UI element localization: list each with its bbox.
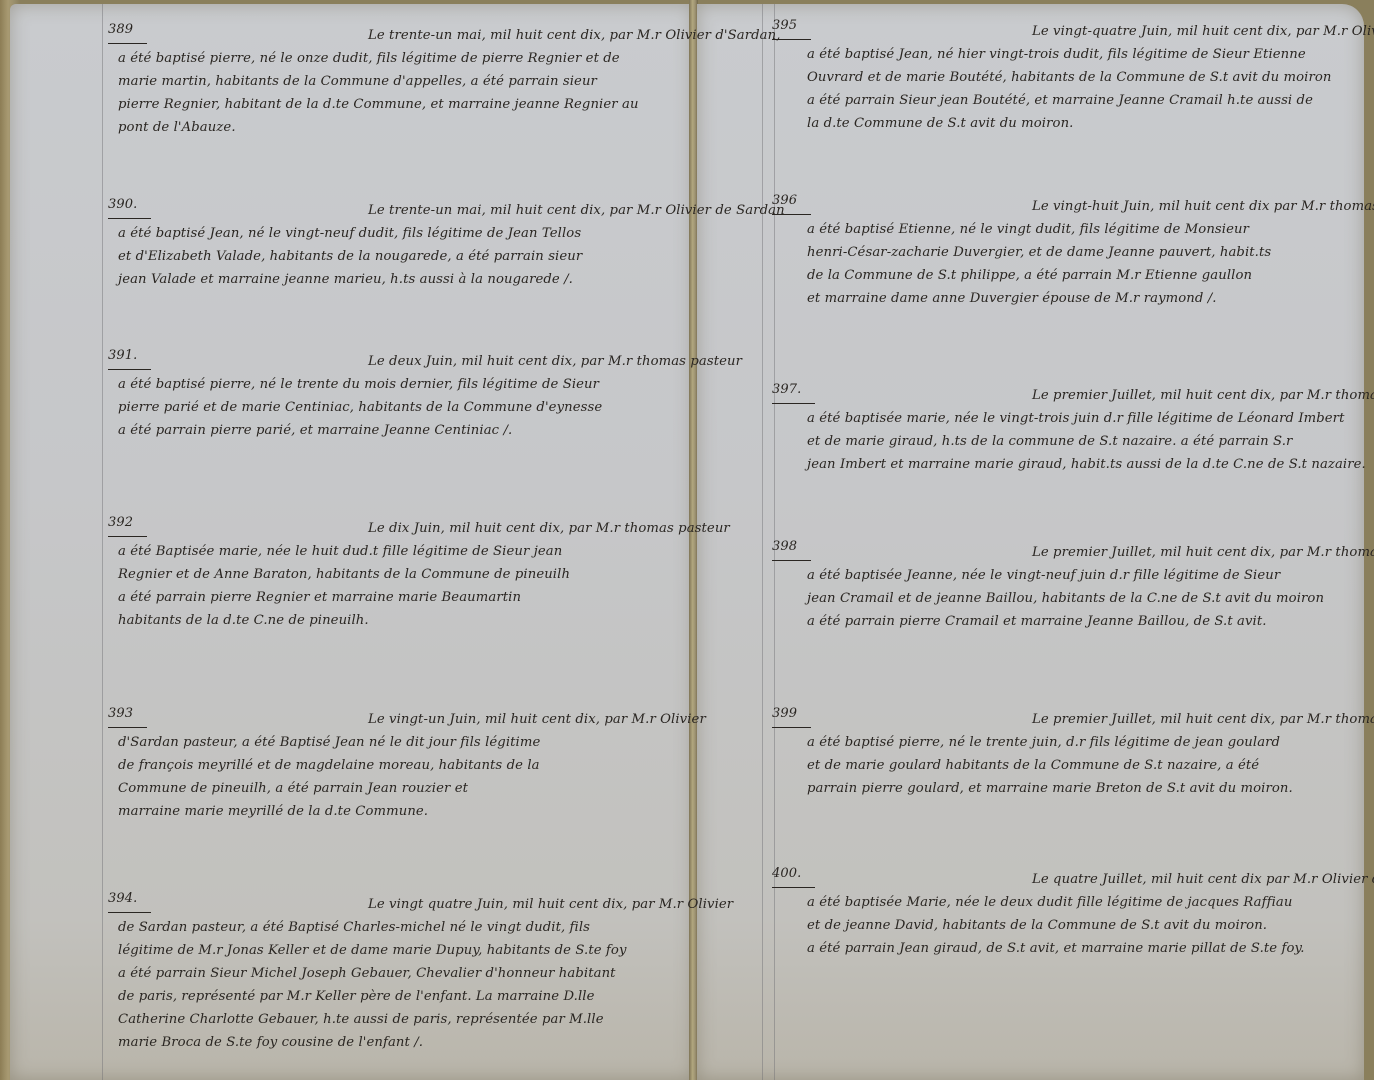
baptism-entry: 399 Le premier Juillet, mil huit cent di… <box>862 708 1342 800</box>
entry-line: a été parrain Sieur Michel Joseph Gebaue… <box>118 962 678 985</box>
entry-line: de la Commune de S.t philippe, a été par… <box>807 264 1342 287</box>
entry-line: a été baptisé pierre, né le trente juin,… <box>807 731 1342 754</box>
entry-line: habitants de la d.te C.ne de pineuilh. <box>118 609 678 632</box>
entry-line: a été baptisé Etienne, né le vingt dudit… <box>807 218 1342 241</box>
entry-number: 397. <box>772 378 815 404</box>
entry-line: Le vingt-huit Juin, mil huit cent dix pa… <box>862 195 1342 218</box>
entry-line: Catherine Charlotte Gebauer, h.te aussi … <box>118 1008 678 1031</box>
entry-line: a été baptisée Marie, née le deux dudit … <box>807 891 1342 914</box>
entry-line: a été baptisée Jeanne, née le vingt-neuf… <box>807 564 1342 587</box>
entry-line: parrain pierre goulard, et marraine mari… <box>807 777 1342 800</box>
entry-number: 400. <box>772 862 815 888</box>
entry-line: Commune de pineuilh, a été parrain Jean … <box>118 777 678 800</box>
baptism-entry: 397. Le premier Juillet, mil huit cent d… <box>862 384 1342 476</box>
entry-number: 392 <box>108 511 147 537</box>
entry-line: marie Broca de S.te foy cousine de l'enf… <box>118 1031 678 1054</box>
entry-line: Le vingt quatre Juin, mil huit cent dix,… <box>198 893 678 916</box>
entry-line: a été baptisé pierre, né le trente du mo… <box>118 373 678 396</box>
baptism-entry: 391. Le deux Juin, mil huit cent dix, pa… <box>198 350 678 442</box>
entry-line: Le quatre Juillet, mil huit cent dix par… <box>862 868 1342 891</box>
baptism-entry: 394. Le vingt quatre Juin, mil huit cent… <box>198 893 678 1054</box>
register-spread: 389 Le trente-un mai, mil huit cent dix,… <box>0 0 1374 1080</box>
entry-number: 395 <box>772 14 811 40</box>
entry-number: 398 <box>772 535 811 561</box>
entry-line: jean Cramail et de jeanne Baillou, habit… <box>807 587 1342 610</box>
entry-line: et de marie goulard habitants de la Comm… <box>807 754 1342 777</box>
baptism-entry: 392 Le dix Juin, mil huit cent dix, par … <box>198 517 678 632</box>
baptism-entry: 395 Le vingt-quatre Juin, mil huit cent … <box>862 20 1342 135</box>
entry-line: la d.te Commune de S.t avit du moiron. <box>807 112 1342 135</box>
entry-line: légitime de M.r Jonas Keller et de dame … <box>118 939 678 962</box>
entry-line: Le premier Juillet, mil huit cent dix, p… <box>862 384 1342 407</box>
entry-number: 393 <box>108 702 147 728</box>
entry-line: pont de l'Abauze. <box>118 116 678 139</box>
entry-line: de françois meyrillé et de magdelaine mo… <box>118 754 678 777</box>
entry-line: de Sardan pasteur, a été Baptisé Charles… <box>118 916 678 939</box>
entry-line: marie martin, habitants de la Commune d'… <box>118 70 678 93</box>
entry-line: a été parrain pierre Regnier et marraine… <box>118 586 678 609</box>
entry-line: a été parrain Sieur jean Boutété, et mar… <box>807 89 1342 112</box>
entry-line: et de jeanne David, habitants de la Comm… <box>807 914 1342 937</box>
entry-line: marraine marie meyrillé de la d.te Commu… <box>118 800 678 823</box>
entry-line: jean Imbert et marraine marie giraud, ha… <box>807 453 1342 476</box>
baptism-entry: 393 Le vingt-un Juin, mil huit cent dix,… <box>198 708 678 823</box>
entry-line: a été parrain pierre parié, et marraine … <box>118 419 678 442</box>
entry-line: a été baptisé pierre, né le onze dudit, … <box>118 47 678 70</box>
entry-line: a été baptisée marie, née le vingt-trois… <box>807 407 1342 430</box>
entry-line: Ouvrard et de marie Boutété, habitants d… <box>807 66 1342 89</box>
entry-number: 399 <box>772 702 811 728</box>
entry-number: 394. <box>108 887 151 913</box>
entry-line: Le deux Juin, mil huit cent dix, par M.r… <box>198 350 678 373</box>
entry-line: Regnier et de Anne Baraton, habitants de… <box>118 563 678 586</box>
baptism-entry: 400. Le quatre Juillet, mil huit cent di… <box>862 868 1342 960</box>
entry-line: Le trente-un mai, mil huit cent dix, par… <box>198 199 678 222</box>
entry-line: a été parrain pierre Cramail et marraine… <box>807 610 1342 633</box>
entry-line: pierre parié et de marie Centiniac, habi… <box>118 396 678 419</box>
entry-line: Le premier Juillet, mil huit cent dix, p… <box>862 708 1342 731</box>
entry-line: a été baptisé Jean, né hier vingt-trois … <box>807 43 1342 66</box>
entry-number: 390. <box>108 193 151 219</box>
entry-line: Le vingt-un Juin, mil huit cent dix, par… <box>198 708 678 731</box>
baptism-entry: 396 Le vingt-huit Juin, mil huit cent di… <box>862 195 1342 310</box>
entry-line: et d'Elizabeth Valade, habitants de la n… <box>118 245 678 268</box>
entry-line: pierre Regnier, habitant de la d.te Comm… <box>118 93 678 116</box>
entry-line: de paris, représenté par M.r Keller père… <box>118 985 678 1008</box>
entry-line: a été parrain Jean giraud, de S.t avit, … <box>807 937 1342 960</box>
entry-line: et marraine dame anne Duvergier épouse d… <box>807 287 1342 310</box>
entry-line: Le trente-un mai, mil huit cent dix, par… <box>198 24 678 47</box>
entry-line: a été Baptisée marie, née le huit dud.t … <box>118 540 678 563</box>
entry-line: et de marie giraud, h.ts de la commune d… <box>807 430 1342 453</box>
entry-number: 396 <box>772 189 811 215</box>
entry-line: jean Valade et marraine jeanne marieu, h… <box>118 268 678 291</box>
right-margin-rule <box>762 4 763 1080</box>
entry-line: Le premier Juillet, mil huit cent dix, p… <box>862 541 1342 564</box>
entry-number: 391. <box>108 344 151 370</box>
entry-number: 389 <box>108 18 147 44</box>
baptism-entry: 390. Le trente-un mai, mil huit cent dix… <box>198 199 678 291</box>
entry-line: Le vingt-quatre Juin, mil huit cent dix,… <box>862 20 1342 43</box>
baptism-entry: 389 Le trente-un mai, mil huit cent dix,… <box>198 24 678 139</box>
entry-line: d'Sardan pasteur, a été Baptisé Jean né … <box>118 731 678 754</box>
left-margin-rule <box>102 4 103 1080</box>
entry-line: Le dix Juin, mil huit cent dix, par M.r … <box>198 517 678 540</box>
entry-line: a été baptisé Jean, né le vingt-neuf dud… <box>118 222 678 245</box>
baptism-entry: 398 Le premier Juillet, mil huit cent di… <box>862 541 1342 633</box>
entry-line: henri-César-zacharie Duvergier, et de da… <box>807 241 1342 264</box>
